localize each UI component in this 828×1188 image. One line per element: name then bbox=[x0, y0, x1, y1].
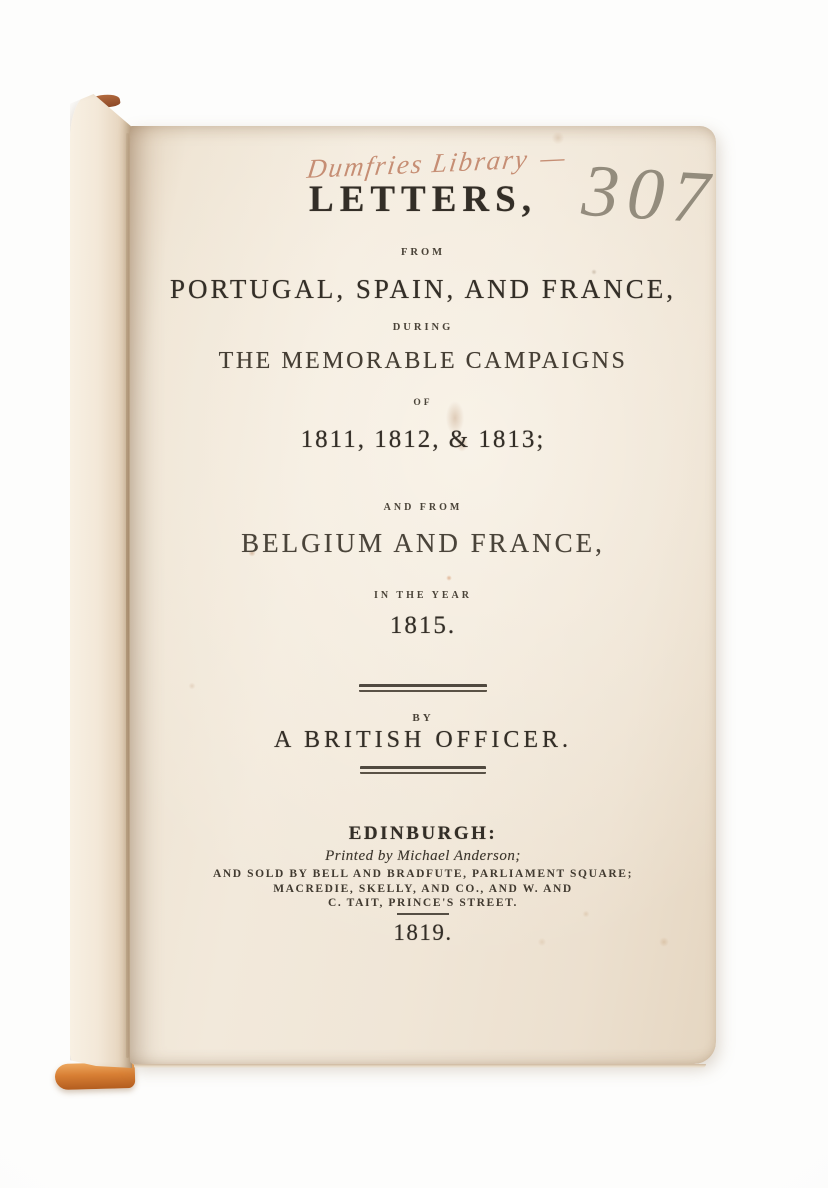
imprint-sellers-line-1: AND SOLD BY BELL AND BRADFUTE, PARLIAMEN… bbox=[130, 868, 716, 880]
publication-year: 1819. bbox=[130, 920, 716, 946]
imprint-rule bbox=[397, 913, 449, 915]
double-rule-top bbox=[359, 684, 487, 692]
author-line: A BRITISH OFFICER. bbox=[130, 727, 716, 754]
imprint-sellers-line-2: MACREDIE, SKELLY, AND CO., AND W. AND bbox=[130, 883, 716, 895]
campaigns-line: THE MEMORABLE CAMPAIGNS bbox=[130, 348, 716, 375]
photo-background: Dumfries Library— 307 LETTERS, FROM PORT… bbox=[0, 0, 828, 1188]
places-line: PORTUGAL, SPAIN, AND FRANCE, bbox=[130, 274, 716, 305]
during-label: DURING bbox=[130, 322, 716, 333]
imprint-sellers-line-3: C. TAIT, PRINCE'S STREET. bbox=[130, 897, 716, 909]
imprint-city: EDINBURGH: bbox=[130, 823, 716, 845]
belgium-line: BELGIUM AND FRANCE, bbox=[130, 528, 716, 559]
waterloo-year: 1815. bbox=[130, 612, 716, 640]
by-label: BY bbox=[130, 712, 716, 724]
and-from-label: AND FROM bbox=[130, 502, 716, 513]
book-title: LETTERS, bbox=[130, 178, 716, 221]
of-label: OF bbox=[130, 398, 716, 408]
title-page: Dumfries Library— 307 LETTERS, FROM PORT… bbox=[130, 126, 716, 1064]
campaign-years: 1811, 1812, & 1813; bbox=[130, 426, 716, 454]
inscription-flourish: — bbox=[527, 142, 567, 174]
from-label: FROM bbox=[130, 247, 716, 258]
imprint-printer: Printed by Michael Anderson; bbox=[130, 848, 716, 865]
book: Dumfries Library— 307 LETTERS, FROM PORT… bbox=[0, 0, 828, 1188]
double-rule-bottom bbox=[360, 766, 486, 774]
left-flyleaf bbox=[70, 94, 132, 1068]
in-the-year-label: IN THE YEAR bbox=[130, 590, 716, 601]
